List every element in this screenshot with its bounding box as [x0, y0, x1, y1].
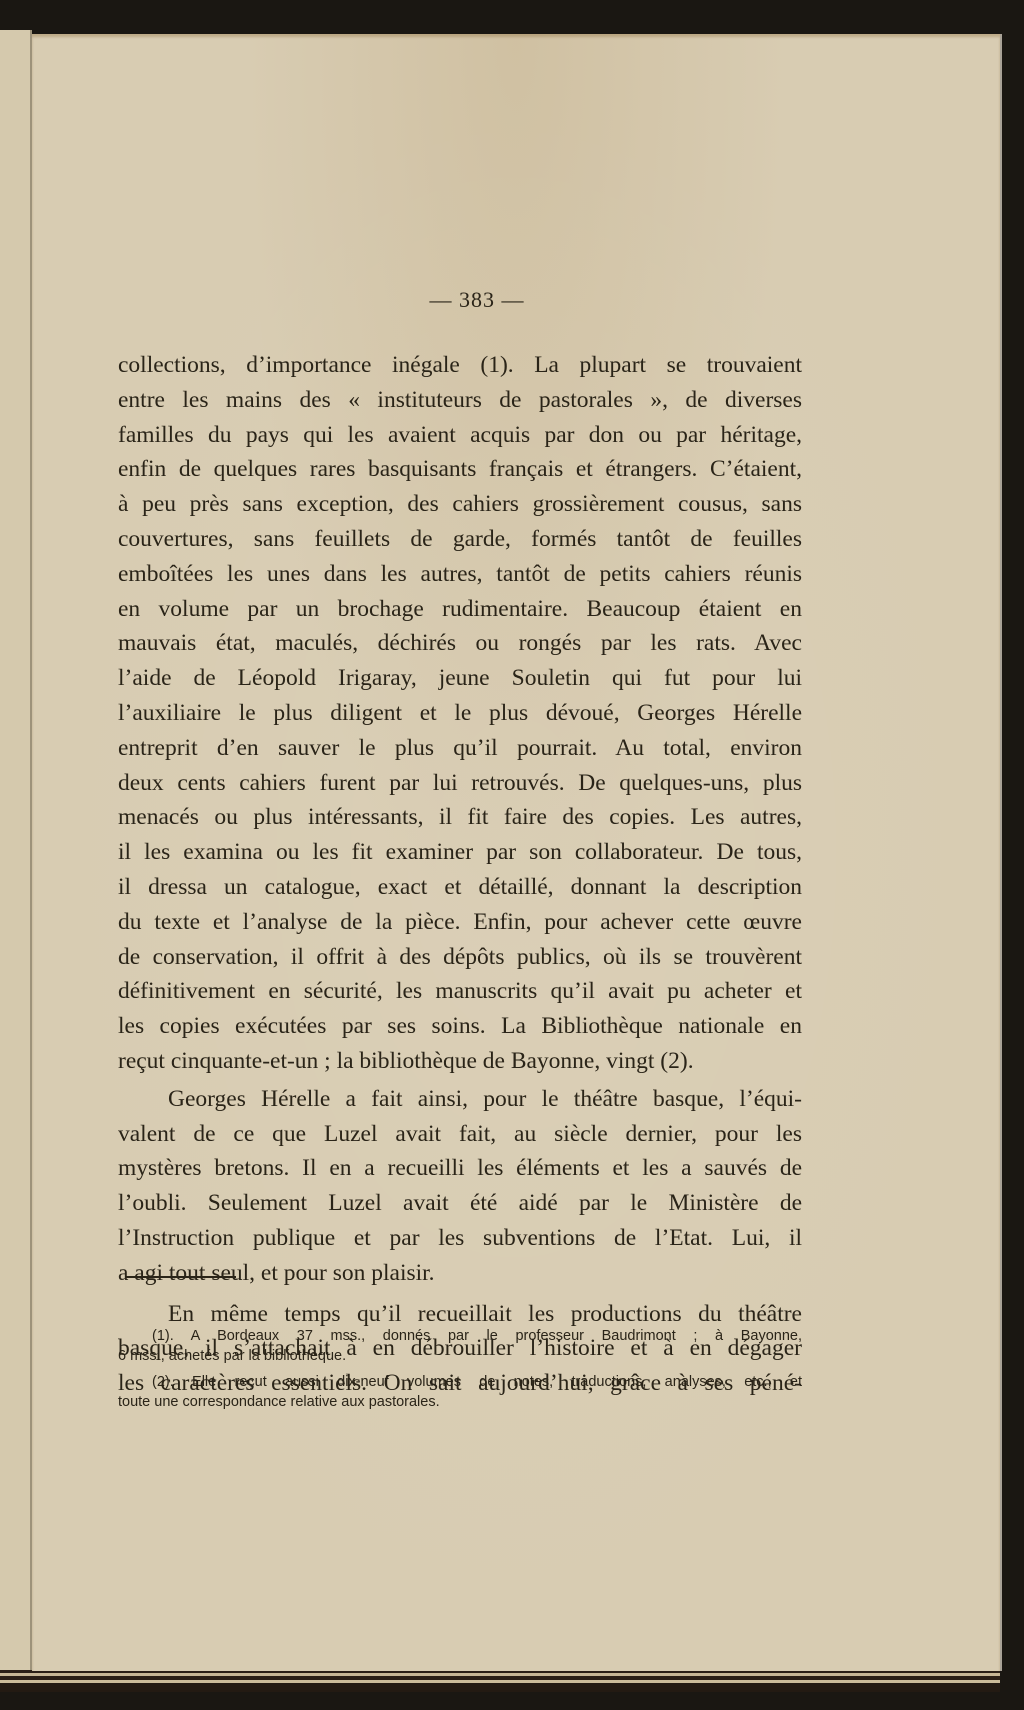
text-line: les copies exécutées par ses soins. La B… — [118, 1009, 802, 1044]
footnote-line: toute une correspondance relative aux pa… — [118, 1392, 802, 1412]
text-line: l’auxiliaire le plus diligent et le plus… — [118, 696, 802, 731]
text-line: mystères bretons. Il en a recueilli les … — [118, 1151, 802, 1186]
page-stack-edges — [0, 1670, 1000, 1692]
footnote-line: (1). A Bordeaux 37 mss., donnés par le p… — [118, 1326, 802, 1346]
paragraph-1: collections, d’importance inégale (1). L… — [118, 348, 802, 1079]
text-line: l’Instruction publique et par les subven… — [118, 1221, 802, 1256]
text-line: familles du pays qui les avaient acquis … — [118, 418, 802, 453]
text-line: enfin de quelques rares basquisants fran… — [118, 452, 802, 487]
text-line: à peu près sans exception, des cahiers g… — [118, 487, 802, 522]
text-line: collections, d’importance inégale (1). L… — [118, 348, 802, 383]
text-line: en volume par un brochage rudimentaire. … — [118, 592, 802, 627]
text-line: l’aide de Léopold Irigaray, jeune Soulet… — [118, 661, 802, 696]
text-line: Georges Hérelle a fait ainsi, pour le th… — [118, 1082, 802, 1117]
body-text: collections, d’importance inégale (1). L… — [118, 348, 802, 1401]
text-line: couvertures, sans feuillets de garde, fo… — [118, 522, 802, 557]
text-line: il les examina ou les fit examiner par s… — [118, 835, 802, 870]
text-line: mauvais état, maculés, déchirés ou rongé… — [118, 626, 802, 661]
footnotes: (1). A Bordeaux 37 mss., donnés par le p… — [118, 1326, 802, 1418]
text-line: du texte et l’analyse de la pièce. Enfin… — [118, 905, 802, 940]
text-line: entreprit d’en sauver le plus qu’il pour… — [118, 731, 802, 766]
text-line: valent de ce que Luzel avait fait, au si… — [118, 1117, 802, 1152]
text-line: emboîtées les unes dans les autres, tant… — [118, 557, 802, 592]
text-line: menacés ou plus intéressants, il fit fai… — [118, 800, 802, 835]
facing-page-edge — [0, 30, 32, 1680]
text-line: entre les mains des « instituteurs de pa… — [118, 383, 802, 418]
footnote-line: 6 mss., achetés par la bibliothèque. — [118, 1346, 802, 1366]
paragraph-2: Georges Hérelle a fait ainsi, pour le th… — [118, 1082, 802, 1291]
footnote-divider — [126, 1276, 236, 1278]
text-line: deux cents cahiers furent par lui retrou… — [118, 766, 802, 801]
text-line: reçut cinquante-et-un ; la bibliothèque … — [118, 1044, 802, 1079]
text-line: définitivement en sécurité, les manuscri… — [118, 974, 802, 1009]
footnote-1: (1). A Bordeaux 37 mss., donnés par le p… — [118, 1326, 802, 1366]
text-line: l’oubli. Seulement Luzel avait été aidé … — [118, 1186, 802, 1221]
book-page: — 383 — collections, d’importance inégal… — [32, 34, 1002, 1671]
page-number: — 383 — — [32, 287, 922, 313]
text-line: a agi tout seul, et pour son plaisir. — [118, 1256, 802, 1291]
text-line: de conservation, il offrit à des dépôts … — [118, 940, 802, 975]
footnote-2: (2). Elle reçut aussi dix-neuf volumes d… — [118, 1372, 802, 1412]
footnote-line: (2). Elle reçut aussi dix-neuf volumes d… — [118, 1372, 802, 1392]
text-line: il dressa un catalogue, exact et détaill… — [118, 870, 802, 905]
